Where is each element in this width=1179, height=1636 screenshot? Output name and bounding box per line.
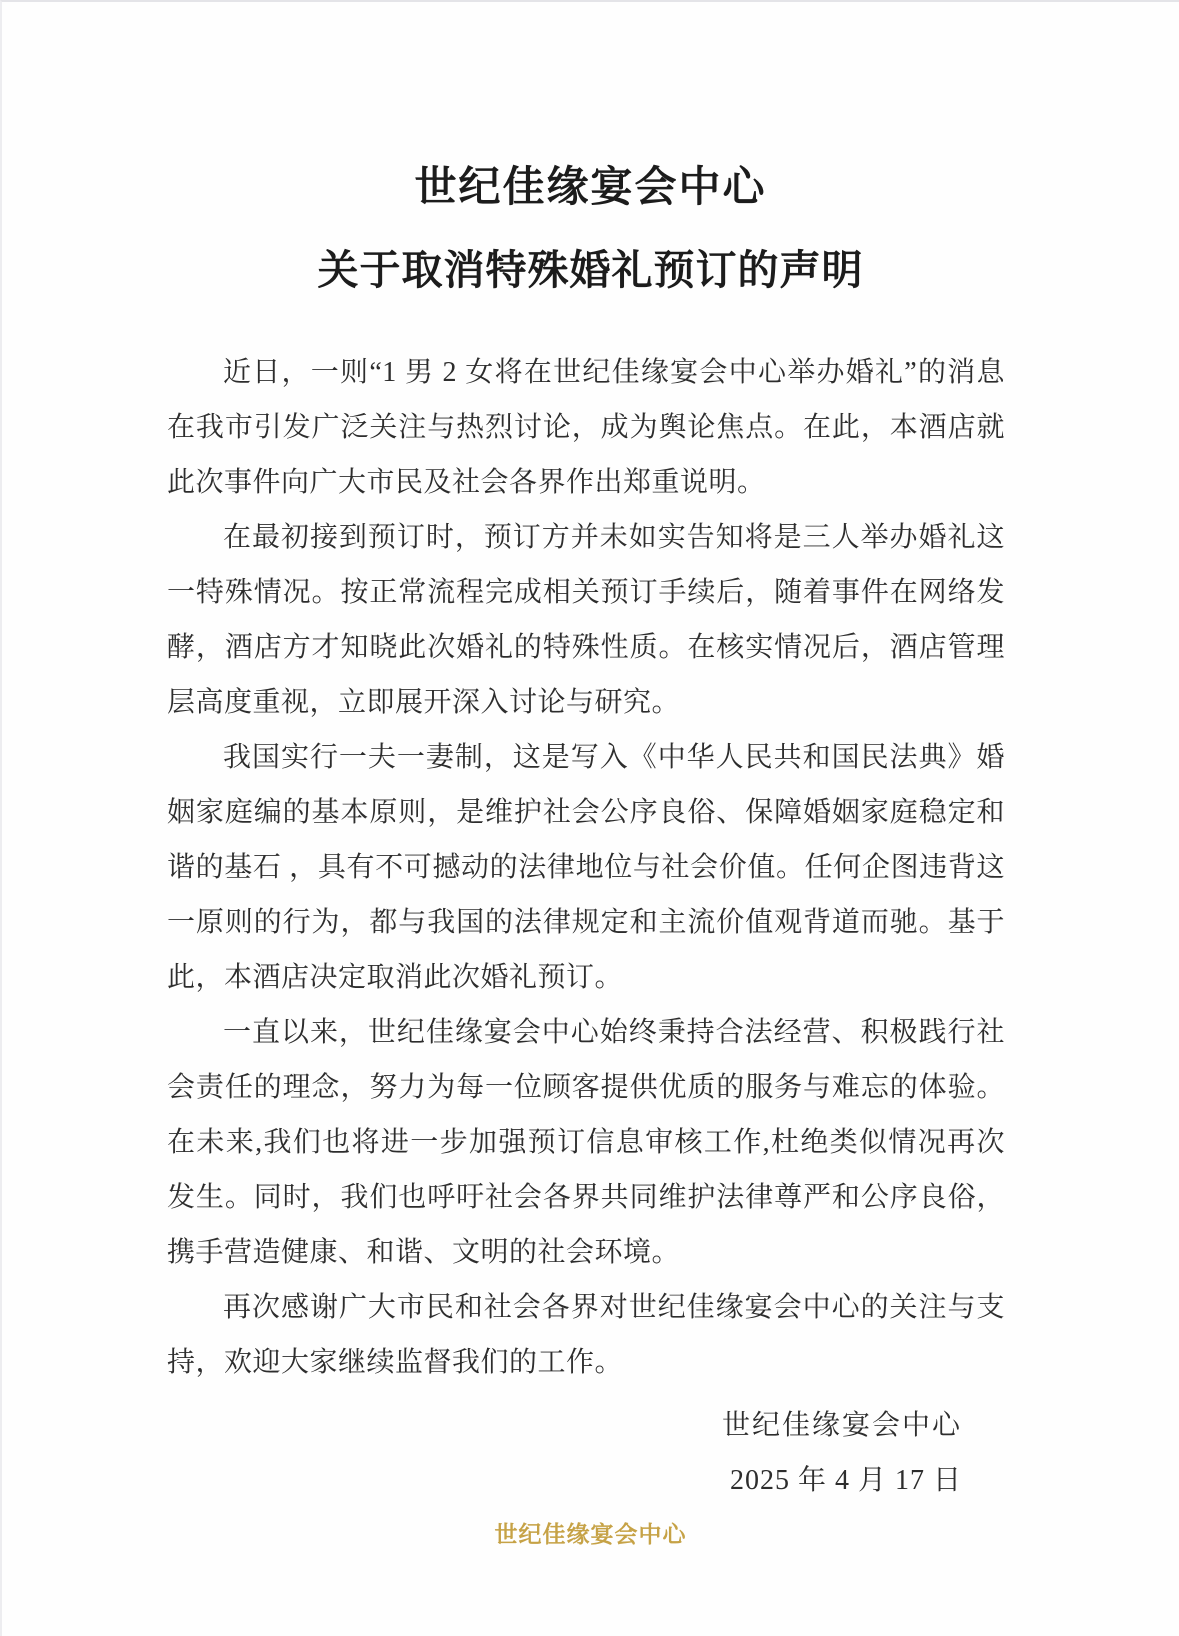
signature-date: 2025 年 4 月 17 日	[2, 1453, 962, 1508]
statement-paragraph: 近日，一则“1 男 2 女将在世纪佳缘宴会中心举办婚礼”的消息在我市引发广泛关注…	[167, 345, 1005, 510]
statement-paragraph: 再次感谢广大市民和社会各界对世纪佳缘宴会中心的关注与支持，欢迎大家继续监督我们的…	[167, 1280, 1005, 1390]
signature-block: 世纪佳缘宴会中心 2025 年 4 月 17 日	[2, 1398, 1179, 1508]
statement-body: 近日，一则“1 男 2 女将在世纪佳缘宴会中心举办婚礼”的消息在我市引发广泛关注…	[2, 345, 1179, 1390]
signature-name: 世纪佳缘宴会中心	[2, 1398, 962, 1453]
statement-paragraph: 我国实行一夫一妻制，这是写入《中华人民共和国民法典》婚姻家庭编的基本原则，是维护…	[167, 730, 1005, 1005]
footer-brand: 世纪佳缘宴会中心	[2, 1520, 1179, 1550]
statement-document: 世纪佳缘宴会中心 关于取消特殊婚礼预订的声明 近日，一则“1 男 2 女将在世纪…	[0, 0, 1179, 1636]
statement-paragraph: 一直以来，世纪佳缘宴会中心始终秉持合法经营、积极践行社会责任的理念，努力为每一位…	[167, 1005, 1005, 1280]
document-title: 世纪佳缘宴会中心	[2, 163, 1179, 213]
document-subtitle: 关于取消特殊婚礼预订的声明	[2, 245, 1179, 295]
statement-paragraph: 在最初接到预订时，预订方并未如实告知将是三人举办婚礼这一特殊情况。按正常流程完成…	[167, 510, 1005, 730]
